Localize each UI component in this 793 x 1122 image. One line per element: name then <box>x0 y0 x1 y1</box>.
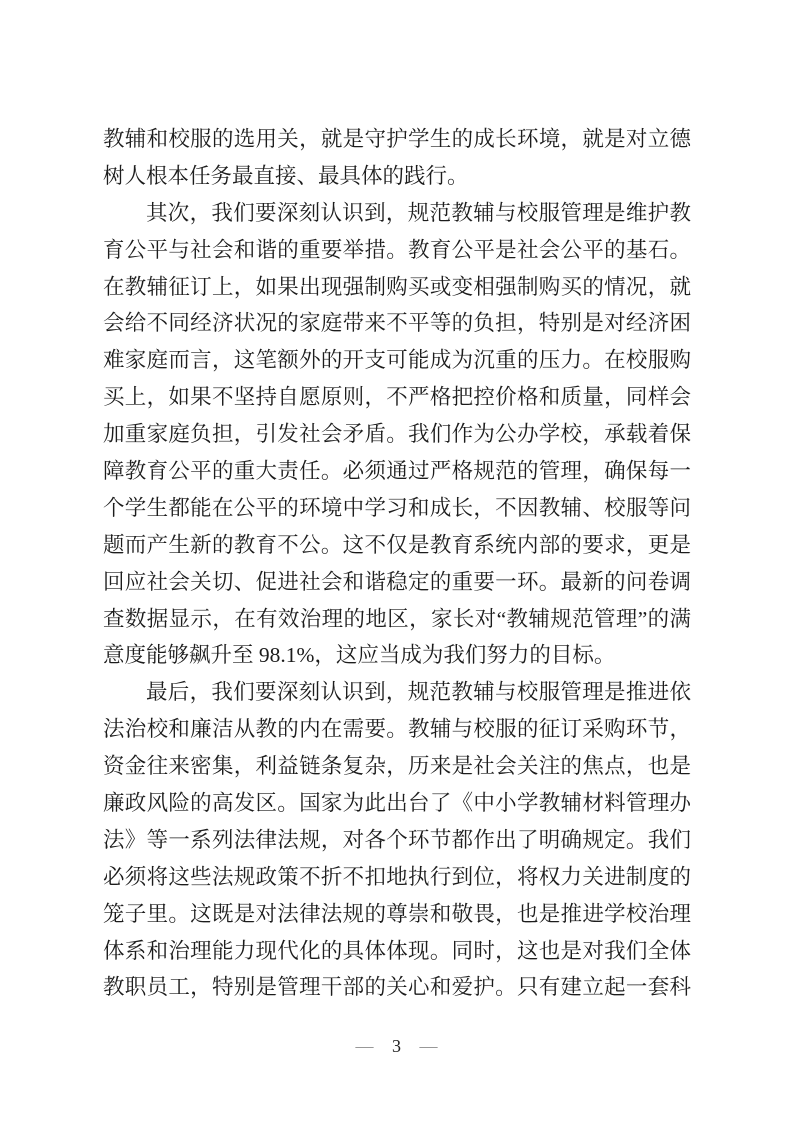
text-line: 最后，我们要深刻认识到，规范教辅与校服管理是推进依 <box>103 674 691 711</box>
text-line: 教辅和校服的选用关，就是守护学生的成长环境，就是对立德 <box>103 121 691 158</box>
footer-dash-right: — <box>420 1036 438 1056</box>
text-line: 法》等一系列法律法规，对各个环节都作出了明确规定。我们 <box>103 822 691 859</box>
text-line: 在教辅征订上，如果出现强制购买或变相强制购买的情况，就 <box>103 269 691 306</box>
text-line: 树人根本任务最直接、最具体的践行。 <box>103 158 691 195</box>
footer-dash-left: — <box>356 1036 374 1056</box>
text-line: 必须将这些法规政策不折不扣地执行到位，将权力关进制度的 <box>103 859 691 896</box>
text-line: 买上，如果不坚持自愿原则，不严格把控价格和质量，同样会 <box>103 379 691 416</box>
page-number: 3 <box>392 1036 401 1056</box>
text-line: 育公平与社会和谐的重要举措。教育公平是社会公平的基石。 <box>103 232 691 269</box>
text-line: 笼子里。这既是对法律法规的尊崇和敬畏，也是推进学校治理 <box>103 896 691 933</box>
text-line: 廉政风险的高发区。国家为此出台了《中小学教辅材料管理办 <box>103 785 691 822</box>
text-line: 难家庭而言，这笔额外的开支可能成为沉重的压力。在校服购 <box>103 342 691 379</box>
text-line: 查数据显示，在有效治理的地区，家长对“教辅规范管理”的满 <box>103 601 691 638</box>
text-line: 障教育公平的重大责任。必须通过严格规范的管理，确保每一 <box>103 453 691 490</box>
text-line: 法治校和廉洁从教的内在需要。教辅与校服的征订采购环节， <box>103 711 691 748</box>
document-page: 教辅和校服的选用关，就是守护学生的成长环境，就是对立德树人根本任务最直接、最具体… <box>0 0 793 1122</box>
text-line: 回应社会关切、促进社会和谐稳定的重要一环。最新的问卷调 <box>103 564 691 601</box>
text-line: 题而产生新的教育不公。这不仅是教育系统内部的要求，更是 <box>103 527 691 564</box>
text-line: 资金往来密集，利益链条复杂，历来是社会关注的焦点，也是 <box>103 748 691 785</box>
text-line: 加重家庭负担，引发社会矛盾。我们作为公办学校，承载着保 <box>103 416 691 453</box>
document-body: 教辅和校服的选用关，就是守护学生的成长环境，就是对立德树人根本任务最直接、最具体… <box>103 121 691 1006</box>
text-line: 意度能够飙升至 98.1%，这应当成为我们努力的目标。 <box>103 637 691 674</box>
text-line: 个学生都能在公平的环境中学习和成长，不因教辅、校服等问 <box>103 490 691 527</box>
text-line: 教职员工，特别是管理干部的关心和爱护。只有建立起一套科 <box>103 969 691 1006</box>
text-line: 体系和治理能力现代化的具体体现。同时，这也是对我们全体 <box>103 933 691 970</box>
text-line: 会给不同经济状况的家庭带来不平等的负担，特别是对经济困 <box>103 305 691 342</box>
text-line: 其次，我们要深刻认识到，规范教辅与校服管理是维护教 <box>103 195 691 232</box>
page-footer: — 3 — <box>0 1031 793 1061</box>
